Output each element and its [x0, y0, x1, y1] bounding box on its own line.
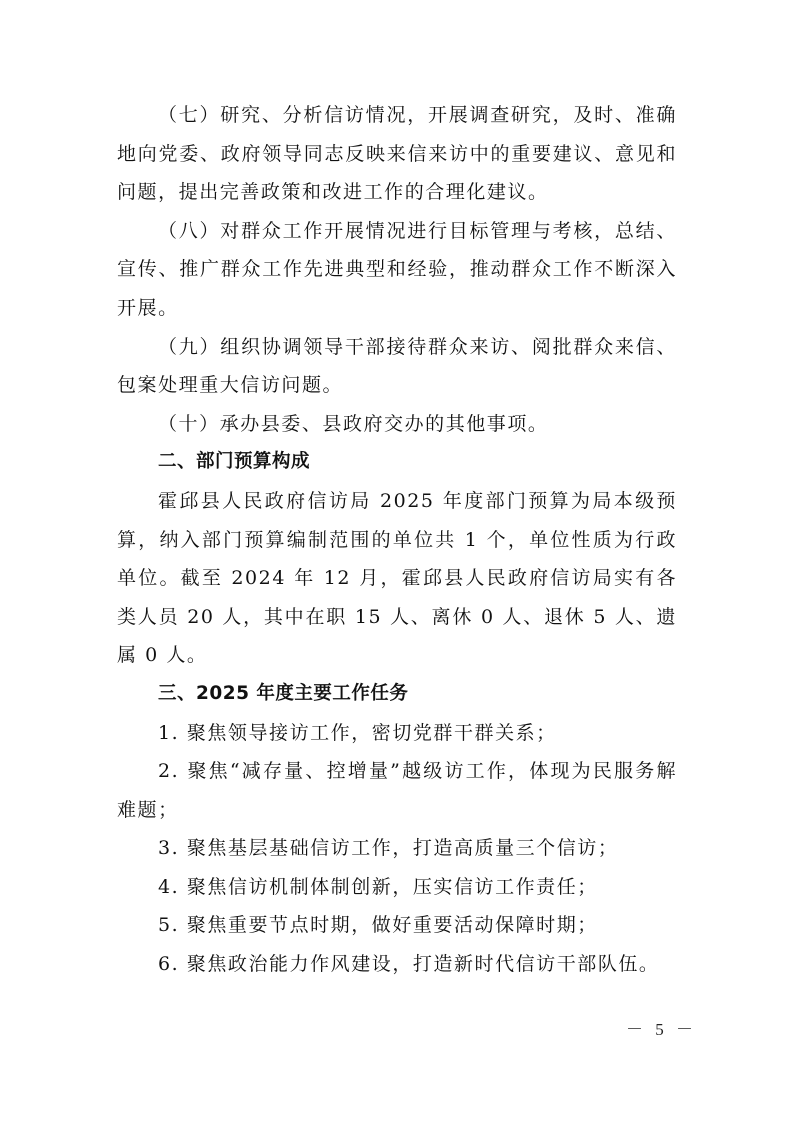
paragraph-item-8: （八）对群众工作开展情况进行目标管理与考核，总结、宣传、推广群众工作先进典型和经… [117, 212, 677, 328]
document-page: （七）研究、分析信访情况，开展调查研究，及时、准确地向党委、政府领导同志反映来信… [117, 96, 677, 984]
section-heading-budget-composition: 二、部门预算构成 [117, 443, 677, 482]
section-heading-main-tasks: 三、2025 年度主要工作任务 [117, 675, 677, 714]
task-item: 1. 聚焦领导接访工作，密切党群干群关系； [117, 714, 677, 753]
task-item: 4. 聚焦信访机制体制创新，压实信访工作责任； [117, 868, 677, 907]
paragraph-item-10: （十）承办县委、县政府交办的其他事项。 [117, 405, 677, 444]
paragraph-item-7: （七）研究、分析信访情况，开展调查研究，及时、准确地向党委、政府领导同志反映来信… [117, 96, 677, 212]
task-item: 2. 聚焦“减存量、控增量”越级访工作，体现为民服务解难题； [117, 752, 677, 829]
task-item: 3. 聚焦基层基础信访工作，打造高质量三个信访； [117, 829, 677, 868]
task-item: 5. 聚焦重要节点时期，做好重要活动保障时期； [117, 906, 677, 945]
page-number: － 5 － [626, 1015, 697, 1040]
paragraph-item-9: （九）组织协调领导干部接待群众来访、阅批群众来信、包案处理重大信访问题。 [117, 328, 677, 405]
task-item: 6. 聚焦政治能力作风建设，打造新时代信访干部队伍。 [117, 945, 677, 984]
paragraph-budget-composition: 霍邱县人民政府信访局 2025 年度部门预算为局本级预算，纳入部门预算编制范围的… [117, 482, 677, 675]
